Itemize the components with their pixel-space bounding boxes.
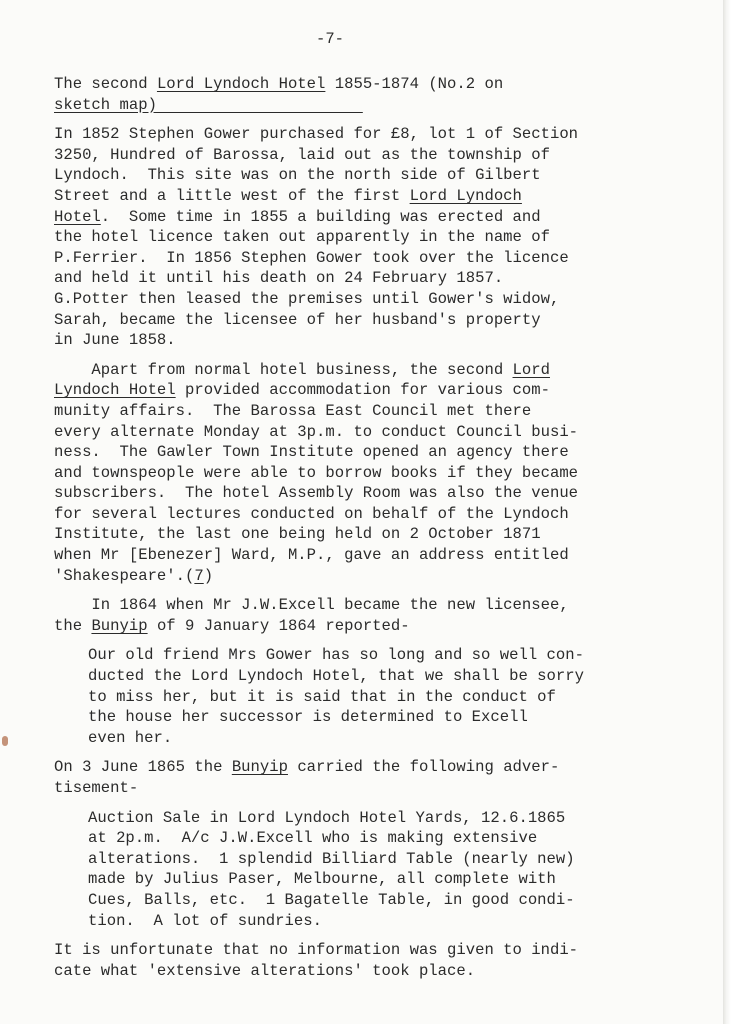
paragraph-4: On 3 June 1865 the Bunyip carried the fo…	[54, 757, 694, 798]
text-line: cate what 'extensive alterations' took p…	[54, 961, 694, 982]
text-line: Street and a little west of the first Lo…	[54, 186, 694, 207]
text-line: Lyndoch Hotel provided accommodation for…	[54, 380, 694, 401]
page-edge	[723, 0, 731, 1024]
text-span: )	[204, 567, 213, 585]
text-line: Sarah, became the licensee of her husban…	[54, 310, 694, 331]
text-line: when Mr [Ebenezer] Ward, M.P., gave an a…	[54, 545, 694, 566]
text-span: . Some time in 1855 a building was erect…	[101, 208, 541, 226]
text-line: Institute, the last one being held on 2 …	[54, 524, 694, 545]
text-line: Apart from normal hotel business, the se…	[54, 360, 694, 381]
text-line: and held it until his death on 24 Februa…	[54, 268, 694, 289]
underlined-hotel-name: Lord Lyndoch	[410, 187, 522, 205]
page-number: -7-	[0, 30, 660, 48]
text-line: 3250, Hundred of Barossa, laid out as th…	[54, 145, 694, 166]
heading-text: The second	[54, 75, 157, 93]
underlined-hotel-name: Hotel	[54, 208, 101, 226]
text-span: Street and a little west of the first	[54, 187, 410, 205]
newspaper-title: Bunyip	[91, 617, 147, 635]
text-span: the	[54, 617, 91, 635]
paragraph-3: In 1864 when Mr J.W.Excell became the ne…	[54, 595, 694, 636]
text-line: It is unfortunate that no information wa…	[54, 940, 694, 961]
text-line: every alternate Monday at 3p.m. to condu…	[54, 422, 694, 443]
text-span: provided accommodation for various com-	[176, 381, 550, 399]
quote-line: at 2p.m. A/c J.W.Excell who is making ex…	[88, 828, 694, 849]
text-line: in June 1858.	[54, 330, 694, 351]
text-line: P.Ferrier. In 1856 Stephen Gower took ov…	[54, 248, 694, 269]
quote-line: alterations. 1 splendid Billiard Table (…	[88, 849, 694, 870]
text-line: On 3 June 1865 the Bunyip carried the fo…	[54, 757, 694, 778]
text-line: for several lectures conducted on behalf…	[54, 504, 694, 525]
quote-line: the house her successor is determined to…	[88, 707, 694, 728]
text-span: On 3 June 1865 the	[54, 758, 232, 776]
footnote-ref: 7	[194, 567, 203, 585]
quote-2: Auction Sale in Lord Lyndoch Hotel Yards…	[54, 808, 694, 932]
text-span: 'Shakespeare'.(	[54, 567, 194, 585]
document-body: The second Lord Lyndoch Hotel 1855-1874 …	[54, 74, 694, 981]
text-line: 'Shakespeare'.(7)	[54, 566, 694, 587]
underlined-hotel-name: Lord	[513, 361, 550, 379]
quote-line: tion. A lot of sundries.	[88, 911, 694, 932]
quote-1: Our old friend Mrs Gower has so long and…	[54, 645, 694, 748]
quote-line: made by Julius Paser, Melbourne, all com…	[88, 869, 694, 890]
quote-line: Our old friend Mrs Gower has so long and…	[88, 645, 694, 666]
newspaper-title: Bunyip	[232, 758, 288, 776]
heading-hotel-name: Lord Lyndoch Hotel	[157, 75, 325, 93]
section-heading: The second Lord Lyndoch Hotel 1855-1874 …	[54, 74, 694, 115]
text-line: the hotel licence taken out apparently i…	[54, 227, 694, 248]
text-line: ness. The Gawler Town Institute opened a…	[54, 442, 694, 463]
text-line: the Bunyip of 9 January 1864 reported-	[54, 616, 694, 637]
heading-text: 1855-1874 (No.2 on	[325, 75, 503, 93]
text-line: munity affairs. The Barossa East Council…	[54, 401, 694, 422]
underlined-hotel-name: Lyndoch Hotel	[54, 381, 176, 399]
heading-text-line2: sketch map)	[54, 95, 694, 116]
text-line: and townspeople were able to borrow book…	[54, 463, 694, 484]
text-line: subscribers. The hotel Assembly Room was…	[54, 483, 694, 504]
quote-line: ducted the Lord Lyndoch Hotel, that we s…	[88, 666, 694, 687]
text-span: of 9 January 1864 reported-	[148, 617, 410, 635]
text-line: In 1852 Stephen Gower purchased for £8, …	[54, 124, 694, 145]
quote-line: to miss her, but it is said that in the …	[88, 687, 694, 708]
paragraph-5: It is unfortunate that no information wa…	[54, 940, 694, 981]
text-line: Hotel. Some time in 1855 a building was …	[54, 207, 694, 228]
text-span: Apart from normal hotel business, the se…	[54, 361, 513, 379]
paragraph-1: In 1852 Stephen Gower purchased for £8, …	[54, 124, 694, 351]
text-line: tisement-	[54, 778, 694, 799]
paragraph-2: Apart from normal hotel business, the se…	[54, 360, 694, 587]
quote-line: Auction Sale in Lord Lyndoch Hotel Yards…	[88, 808, 694, 829]
quote-line: Cues, Balls, etc. 1 Bagatelle Table, in …	[88, 890, 694, 911]
text-line: G.Potter then leased the premises until …	[54, 289, 694, 310]
quote-line: even her.	[88, 728, 694, 749]
paper-stain	[2, 736, 8, 746]
text-span: carried the following adver-	[288, 758, 559, 776]
text-line: In 1864 when Mr J.W.Excell became the ne…	[54, 595, 694, 616]
text-line: Lyndoch. This site was on the north side…	[54, 165, 694, 186]
